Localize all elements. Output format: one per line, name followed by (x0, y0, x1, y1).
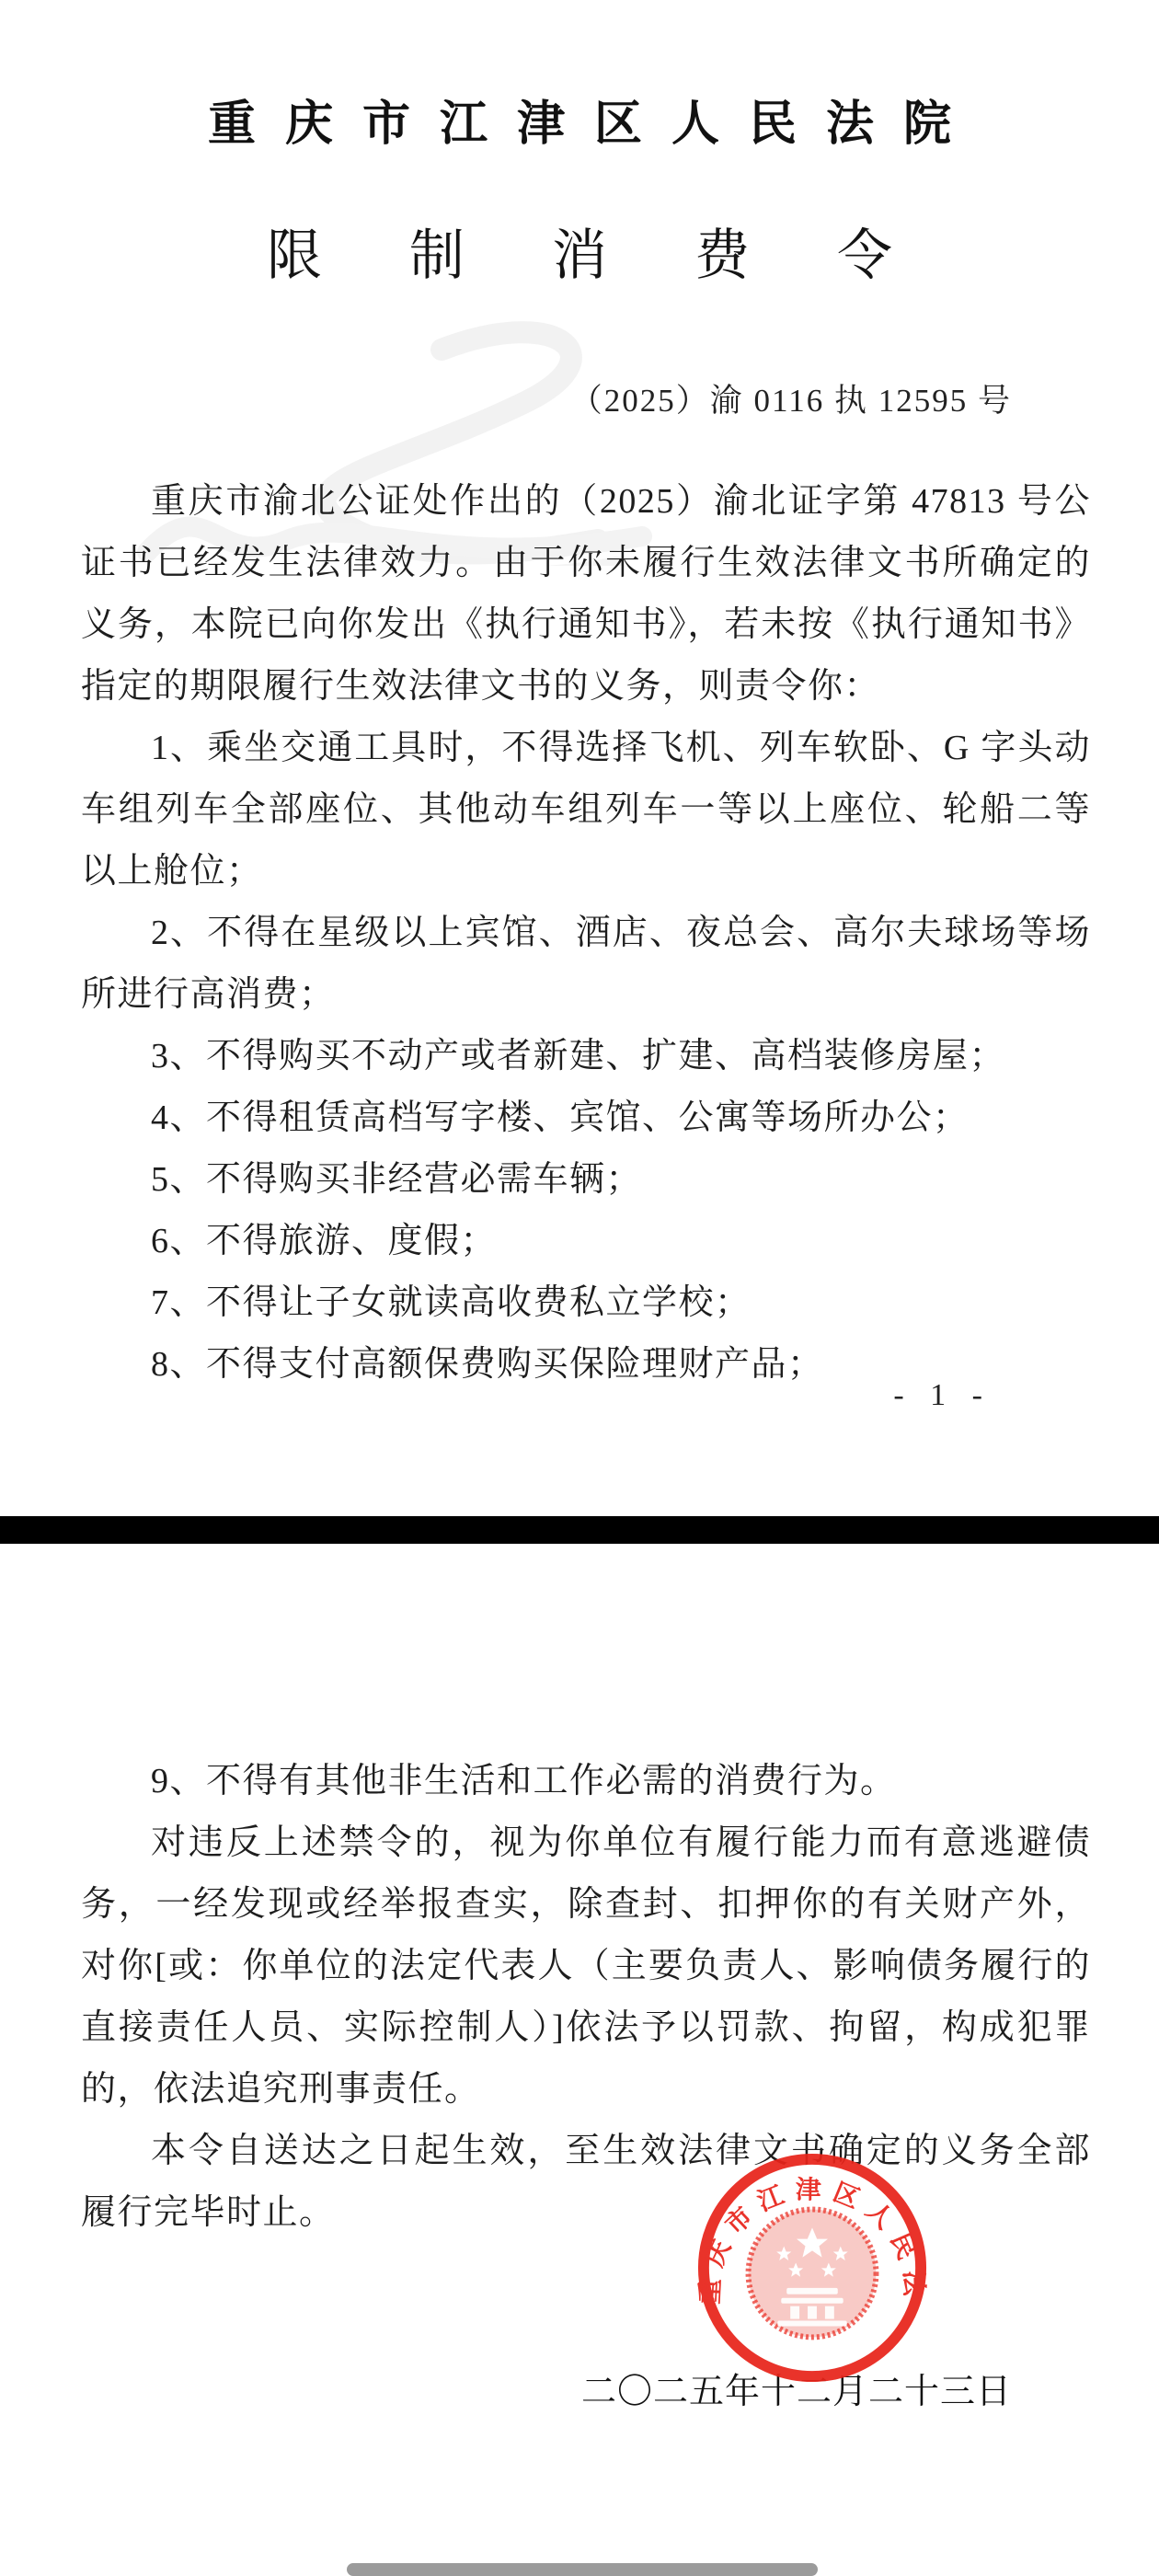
list-item: 9、不得有其他非生活和工作必需的消费行为。 (81, 1751, 1091, 1812)
home-indicator[interactable] (347, 2563, 818, 2576)
page-number: - 1 - (893, 1378, 992, 1413)
paragraph: 重庆市渝北公证处作出的（2025）渝北证字第 47813 号公证书已经发生法律效… (81, 471, 1091, 718)
national-emblem-icon (749, 2209, 877, 2337)
list-item: 7、不得让子女就读高收费私立学校； (81, 1272, 1091, 1334)
court-seal: 重庆市江津区人民法院 (694, 2149, 931, 2386)
list-item: 2、不得在星级以上宾馆、酒店、夜总会、高尔夫球场等场所进行高消费； (81, 903, 1091, 1026)
list-item: 3、不得购买不动产或者新建、扩建、高档装修房屋； (81, 1026, 1091, 1087)
list-item: 6、不得旅游、度假； (81, 1211, 1091, 1272)
document-viewer: 重庆市江津区人民法院 限 制 消 费 令 （2025）渝 0116 执 1259… (0, 0, 1159, 2576)
document-title: 限 制 消 费 令 (0, 212, 1159, 291)
list-item: 4、不得租赁高档写字楼、宾馆、公寓等场所办公； (81, 1087, 1091, 1149)
list-item: 1、乘坐交通工具时，不得选择飞机、列车软卧、G 字头动车组列车全部座位、其他动车… (81, 718, 1091, 903)
paragraph: 对违反上述禁令的，视为你单位有履行能力而有意逃避债务，一经发现或经举报查实，除查… (81, 1812, 1091, 2121)
page-separator (0, 1516, 1159, 1544)
paragraph: 本令自送达之日起生效，至生效法律文书确定的义务全部履行完毕时止。 (81, 2121, 1091, 2244)
court-name-heading: 重庆市江津区人民法院 (0, 85, 1159, 154)
case-number: （2025）渝 0116 执 12595 号 (570, 375, 1012, 421)
page2-body: 9、不得有其他非生活和工作必需的消费行为。 对违反上述禁令的，视为你单位有履行能… (81, 1751, 1091, 2244)
list-item: 5、不得购买非经营必需车辆； (81, 1149, 1091, 1211)
page1-body: 重庆市渝北公证处作出的（2025）渝北证字第 47813 号公证书已经发生法律效… (81, 471, 1091, 1396)
